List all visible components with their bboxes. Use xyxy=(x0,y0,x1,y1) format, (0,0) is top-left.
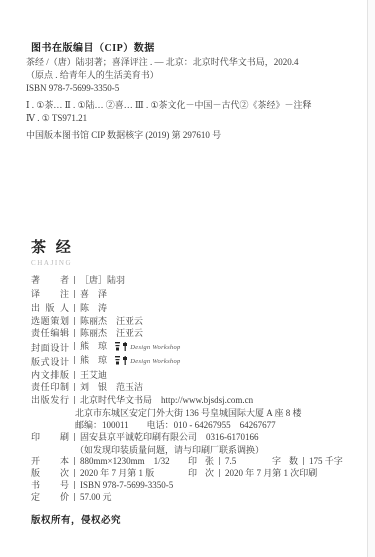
credit-value: 固安县京平诚乾印刷有限公司 0316-6170166 xyxy=(80,432,259,442)
credit-value: 2020 年 7 月第 1 版 xyxy=(80,468,154,478)
spec-sheets: 印张7.5 xyxy=(188,455,272,467)
credit-row-annotator: 译注喜 泽 xyxy=(31,288,125,302)
publishing-block: 出版发行北京时代华文书局 http://www.bjsdsj.com.cn 北京… xyxy=(31,394,302,432)
credit-label: 字数 xyxy=(272,455,298,467)
credit-label: 出版发行 xyxy=(31,394,69,407)
staff-block: 出版人陈 涛 选题策划陈丽杰 汪亚云 责任编辑陈丽杰 汪亚云 封面设计熊 琼 D… xyxy=(31,302,181,394)
credit-label: 版式设计 xyxy=(31,356,69,369)
specs-block: 开本880mm×1230mm 1/32印张7.5字数175 千字 版次2020 … xyxy=(31,455,343,503)
credit-value: 2020 年 7 月第 1 次印刷 xyxy=(225,468,317,478)
label-separator xyxy=(74,329,75,337)
label-separator xyxy=(74,493,75,501)
studio-mark-icon xyxy=(115,356,128,365)
credit-label: 定价 xyxy=(31,491,69,503)
spec-row-isbn: 书号ISBN 978-7-5699-3350-5 xyxy=(31,479,343,491)
credit-value: 175 千字 xyxy=(309,456,343,466)
label-separator xyxy=(74,371,75,379)
cip-class-line: Ⅳ . ① TS971.21 xyxy=(26,112,356,125)
label-separator xyxy=(74,342,75,350)
cip-line: 茶经 /（唐）陆羽著；喜泽评注 . — 北京：北京时代华文书局，2020.4 xyxy=(26,56,356,69)
credit-row-planning: 选题策划陈丽杰 汪亚云 xyxy=(31,315,181,328)
credit-value: 7.5 xyxy=(225,456,236,466)
credit-value: 陈丽杰 汪亚云 xyxy=(80,316,143,326)
credit-value: 刘 银 范玉洁 xyxy=(80,382,143,392)
label-separator xyxy=(74,383,75,391)
page-edge-strip xyxy=(368,0,375,557)
credit-value: ISBN 978-7-5699-3350-5 xyxy=(80,480,173,490)
credit-row-layout-design: 版式设计熊 琼 Design Workshop xyxy=(31,354,181,369)
publisher-address: 北京市东城区安定门外大街 136 号皇城国际大厦 A 座 8 楼 xyxy=(31,407,302,420)
label-separator xyxy=(74,469,75,477)
cip-classification: Ⅰ . ①茶… Ⅱ . ①陆… ②喜… Ⅲ . ①茶文化－中国－古代②《茶经》－… xyxy=(26,99,356,125)
credit-label: 印次 xyxy=(188,467,214,479)
credit-row-typesetting: 内文排版王艾迪 xyxy=(31,369,181,382)
spec-impression: 印次2020 年 7 月第 1 次印刷 xyxy=(188,467,317,479)
printing-block: 印刷固安县京平诚乾印刷有限公司 0316-6170166 （如发现印装质量问题，… xyxy=(31,431,264,456)
cip-line: ISBN 978-7-5699-3350-5 xyxy=(26,82,356,95)
credit-label: 封面设计 xyxy=(31,342,69,355)
credit-label: 选题策划 xyxy=(31,315,69,328)
credit-label: 译注 xyxy=(31,288,69,302)
credit-label: 开本 xyxy=(31,455,69,467)
spec-row-format: 开本880mm×1230mm 1/32印张7.5字数175 千字 xyxy=(31,455,343,467)
design-workshop-logo: Design Workshop xyxy=(115,355,181,365)
credit-row-author: 著者［唐］陆羽 xyxy=(31,274,125,288)
label-separator xyxy=(74,290,75,298)
credit-value: 880mm×1230mm 1/32 xyxy=(80,456,170,466)
studio-name: Design Workshop xyxy=(130,358,180,365)
spec-words: 字数175 千字 xyxy=(272,455,343,467)
studio-name: Design Workshop xyxy=(130,344,180,351)
label-separator xyxy=(74,276,75,284)
label-separator xyxy=(74,304,75,312)
credit-row-publishing: 出版发行北京时代华文书局 http://www.bjsdsj.com.cn xyxy=(31,394,302,407)
credit-label: 责任印制 xyxy=(31,381,69,394)
credit-row-cover-design: 封面设计熊 琼 Design Workshop xyxy=(31,340,181,355)
copyright-notice: 版权所有，侵权必究 xyxy=(31,512,121,526)
design-workshop-logo: Design Workshop xyxy=(115,341,181,351)
label-separator xyxy=(219,469,220,477)
credit-label: 内文排版 xyxy=(31,369,69,382)
author-block: 著者［唐］陆羽 译注喜 泽 xyxy=(31,274,125,302)
credit-value: 陈丽杰 汪亚云 xyxy=(80,328,143,338)
credit-label: 著者 xyxy=(31,274,69,288)
credit-value: 王艾迪 xyxy=(80,370,107,380)
label-separator xyxy=(74,433,75,441)
cip-body: 茶经 /（唐）陆羽著；喜泽评注 . — 北京：北京时代华文书局，2020.4 （… xyxy=(26,56,356,95)
credit-value: 喜 泽 xyxy=(80,289,107,299)
credit-value: 熊 琼 xyxy=(80,341,107,351)
publisher-contact: 邮编：100011 电话：010 - 64267955 64267677 xyxy=(31,419,302,432)
book-title: 茶 经 xyxy=(31,236,74,257)
credit-label: 责任编辑 xyxy=(31,327,69,340)
credit-value: 熊 琼 xyxy=(80,355,107,365)
credit-label: 印张 xyxy=(188,455,214,467)
label-separator xyxy=(74,481,75,489)
credit-value: ［唐］陆羽 xyxy=(80,275,125,285)
label-separator xyxy=(219,457,220,465)
cip-class-line: Ⅰ . ①茶… Ⅱ . ①陆… ②喜… Ⅲ . ①茶文化－中国－古代②《茶经》－… xyxy=(26,99,356,112)
cip-record-number: 中国版本图书馆 CIP 数据核字 (2019) 第 297610 号 xyxy=(26,128,221,141)
credit-label: 印刷 xyxy=(31,431,69,444)
label-separator xyxy=(303,457,304,465)
publisher-name-and-url: 北京时代华文书局 http://www.bjsdsj.com.cn xyxy=(80,395,253,405)
credit-row-publisher: 出版人陈 涛 xyxy=(31,302,181,315)
credit-row-print-supervisor: 责任印制刘 银 范玉洁 xyxy=(31,381,181,394)
spec-format: 开本880mm×1230mm 1/32 xyxy=(31,455,188,467)
label-separator xyxy=(74,317,75,325)
spec-row-edition: 版次2020 年 7 月第 1 版印次2020 年 7 月第 1 次印刷 xyxy=(31,467,343,479)
credit-label: 版次 xyxy=(31,467,69,479)
credit-row-printing: 印刷固安县京平诚乾印刷有限公司 0316-6170166 xyxy=(31,431,264,444)
label-separator xyxy=(74,356,75,364)
spec-edition: 版次2020 年 7 月第 1 版 xyxy=(31,467,188,479)
spec-row-price: 定价57.00 元 xyxy=(31,491,343,503)
label-separator xyxy=(74,457,75,465)
credit-row-editor: 责任编辑陈丽杰 汪亚云 xyxy=(31,327,181,340)
credit-label: 书号 xyxy=(31,479,69,491)
credit-value: 陈 涛 xyxy=(80,303,107,313)
studio-mark-icon xyxy=(115,342,128,351)
credit-value: 57.00 元 xyxy=(80,492,112,502)
cip-heading: 图书在版编目（CIP）数据 xyxy=(31,39,155,54)
book-title-pinyin: CHAJING xyxy=(31,259,72,267)
credit-label: 出版人 xyxy=(31,302,69,315)
cip-line: （原点 . 给青年人的生活美育书） xyxy=(26,69,356,82)
label-separator xyxy=(74,396,75,404)
